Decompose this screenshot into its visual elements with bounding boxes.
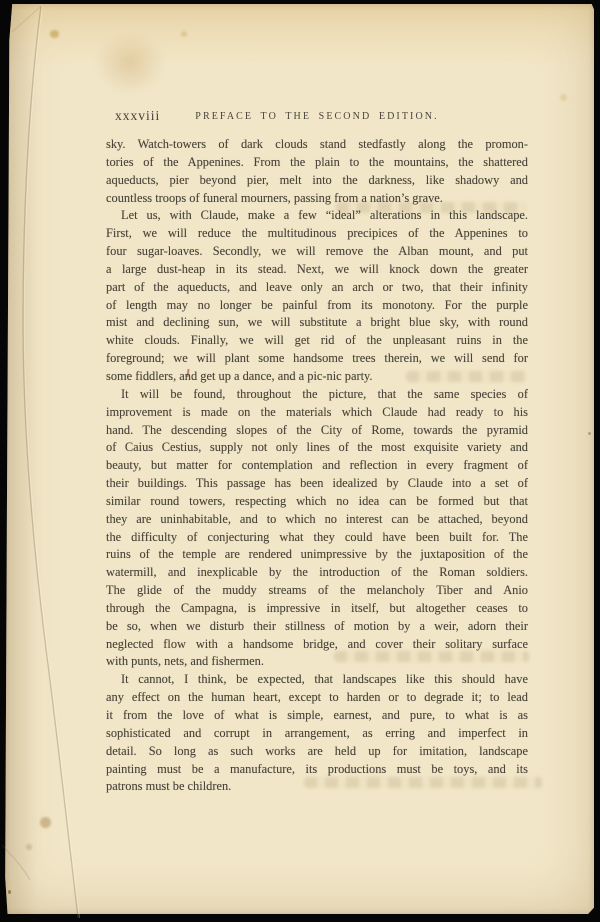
text-line: It will be found, throughout the picture… [106, 386, 528, 404]
text-line: beauty, but matter for contemplation and… [106, 457, 528, 475]
text-line: hand. The descending slopes of the City … [106, 422, 528, 440]
foxing-spot [560, 94, 567, 101]
text-line: countless troops of funeral mourners, pa… [106, 190, 528, 208]
text-line: neglected flow with a handsome bridge, a… [106, 636, 528, 654]
text-line: it from the love of what is simple, earn… [106, 707, 528, 725]
text-line: patrons must be children. [106, 778, 528, 796]
foxing-spot [26, 844, 32, 850]
text-line: aqueducts, pier beyond pier, melt into t… [106, 172, 528, 190]
text-line: similar round towers, respecting which n… [106, 493, 528, 511]
text-line: improvement is made on the materials whi… [106, 404, 528, 422]
page-paper: xxxviii PREFACE TO THE SECOND EDITION. s… [4, 4, 594, 914]
text-line: watermill, and inexplicable by the intro… [106, 564, 528, 582]
text-line: mist and declining sun, we will substitu… [106, 314, 528, 332]
text-line: their buildings. This passage has been i… [106, 475, 528, 493]
text-line: any effect on the human heart, except to… [106, 689, 528, 707]
foxing-spot [50, 30, 59, 38]
scanned-book-page: xxxviii PREFACE TO THE SECOND EDITION. s… [0, 0, 600, 922]
text-line: they are uninhabitable, and to which no … [106, 511, 528, 529]
text-line: some fiddlers, and get up a dance, and a… [106, 368, 528, 386]
text-line: The glide of the muddy streams of the me… [106, 582, 528, 600]
text-line: a large dust-heap in its stead. Next, we… [106, 261, 528, 279]
foxing-spot [181, 31, 187, 37]
text-line: First, we will reduce the multitudinous … [106, 225, 528, 243]
foxing-spot [8, 890, 11, 894]
text-line: of length may no longer be painful from … [106, 297, 528, 315]
text-block: sky. Watch-towers of dark clouds stand s… [106, 136, 528, 796]
text-line: painting must be a manufacture, its prod… [106, 761, 528, 779]
text-line: through the Campagna, is impressive in i… [106, 600, 528, 618]
text-line: ruins of the temple are rendered unimpre… [106, 546, 528, 564]
text-line: foreground; we will plant some handsome … [106, 350, 528, 368]
text-line: sophisticated and corrupt in arrangement… [106, 725, 528, 743]
running-header: PREFACE TO THE SECOND EDITION. [106, 111, 528, 122]
text-line: of Caius Cestius, supply not only lines … [106, 439, 528, 457]
text-line: Let us, with Claude, make a few “ideal” … [106, 207, 528, 225]
text-line: be so, when we disturb their stillness o… [106, 618, 528, 636]
foxing-spot [588, 432, 591, 435]
stain [82, 20, 178, 106]
text-line: It cannot, I think, be expected, that la… [106, 671, 528, 689]
text-line: detail. So long as such works are held u… [106, 743, 528, 761]
text-line: white clouds. Finally, we will get rid o… [106, 332, 528, 350]
text-line: tories of the Appenines. From the plain … [106, 154, 528, 172]
foxing-spot [40, 817, 51, 828]
text-line: part of the aqueducts, and leave only an… [106, 279, 528, 297]
left-edge-shading [4, 4, 38, 914]
text-line: with punts, nets, and fishermen. [106, 653, 528, 671]
text-line: sky. Watch-towers of dark clouds stand s… [106, 136, 528, 154]
text-line: the difficulty of conjecturing what they… [106, 529, 528, 547]
text-line: four sugar-loaves. Secondly, we will rem… [106, 243, 528, 261]
